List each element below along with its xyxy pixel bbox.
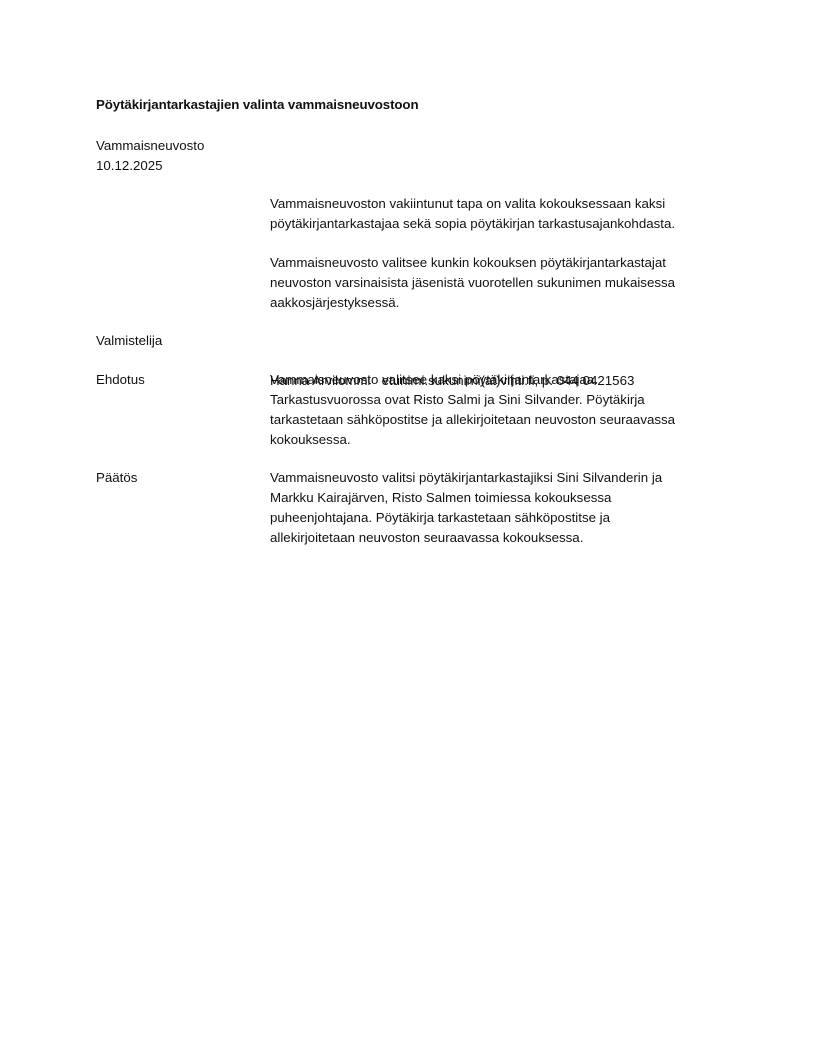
text-line: aakkosjärjestyksessä. <box>270 293 740 313</box>
section-text-paatos: Vammaisneuvosto valitsi pöytäkirjantarka… <box>270 468 740 548</box>
document-title: Pöytäkirjantarkastajien valinta vammaisn… <box>96 97 418 112</box>
text-line: pöytäkirjantarkastajaa sekä sopia pöytäk… <box>270 214 740 234</box>
section-label-paatos: Päätös <box>96 468 137 488</box>
text-line: Vammaisneuvosto valitsi pöytäkirjantarka… <box>270 468 740 488</box>
text-line: neuvoston varsinaisista jäsenistä vuorot… <box>270 273 740 293</box>
text-line: kokouksessa. <box>270 430 740 450</box>
intro-paragraph-2: Vammaisneuvosto valitsee kunkin kokoukse… <box>270 253 740 313</box>
section-label-valmistelija: Valmistelija <box>96 331 162 351</box>
text-line: Tarkastusvuorossa ovat Risto Salmi ja Si… <box>270 390 740 410</box>
section-label-ehdotus: Ehdotus <box>96 370 145 390</box>
header-block: Vammaisneuvosto 10.12.2025 <box>96 136 204 176</box>
section-text-ehdotus: Vammaisneuvosto valitsee kaksi pöytäkirj… <box>270 370 740 450</box>
text-line: tarkastetaan sähköpostitse ja allekirjoi… <box>270 410 740 430</box>
text-line: puheenjohtajana. Pöytäkirja tarkastetaan… <box>270 508 740 528</box>
text-line: Markku Kairajärven, Risto Salmen toimies… <box>270 488 740 508</box>
text-line: Vammaisneuvosto valitsee kaksi pöytäkirj… <box>270 370 740 390</box>
meeting-date: 10.12.2025 <box>96 156 204 176</box>
text-line: Vammaisneuvosto valitsee kunkin kokoukse… <box>270 253 740 273</box>
text-line: allekirjoitetaan neuvoston seuraavassa k… <box>270 528 740 548</box>
organization-name: Vammaisneuvosto <box>96 136 204 156</box>
text-line: Vammaisneuvoston vakiintunut tapa on val… <box>270 194 740 214</box>
intro-paragraph-1: Vammaisneuvoston vakiintunut tapa on val… <box>270 194 740 234</box>
